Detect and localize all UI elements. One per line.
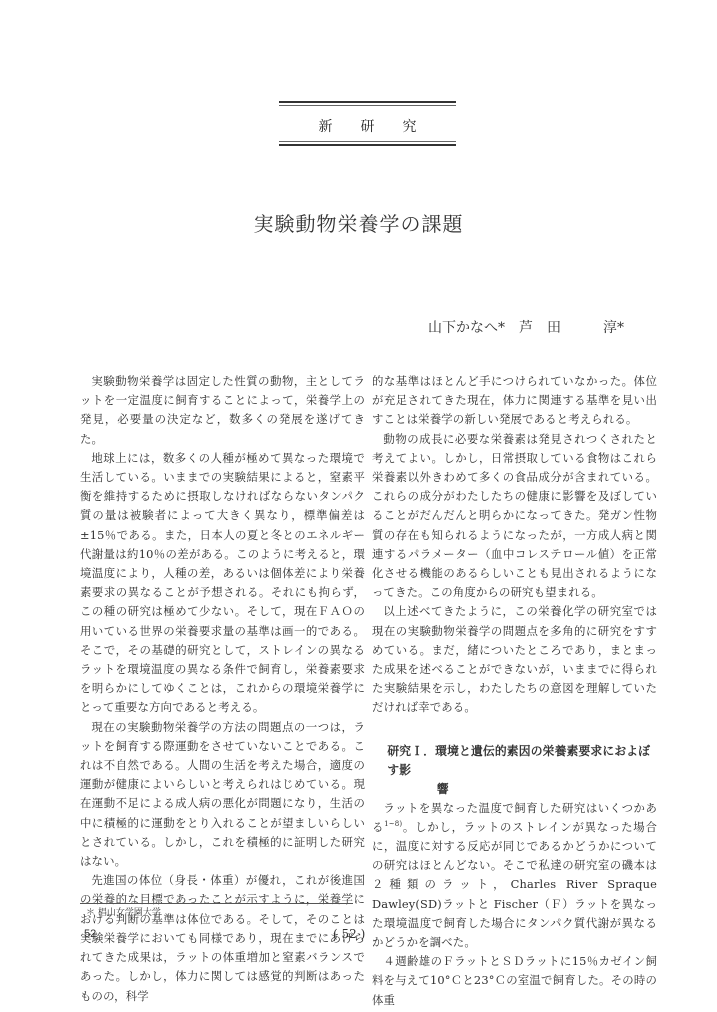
section-label: 新研究 [279,116,456,136]
section-heading: 研究Ｉ．環境と遺伝的素因の栄養素要求におよぼす影 響 [372,742,657,799]
section-header-box: 新研究 [279,101,456,146]
paragraph: 地球上には，数多くの人種が極めて異なった環境で生活している。いままでの実験結果に… [80,449,365,718]
section-heading-line1: 研究Ｉ．環境と遺伝的素因の栄養素要求におよぼす影 [387,744,650,777]
authors: 山下かなへ* 芦 田 淳* [428,317,624,337]
footnote-divider [80,903,353,904]
reference-citation: 1~8) [384,820,402,828]
page-number-center: ( 52 ) [333,927,365,941]
header-rule-top-thin [279,105,456,106]
paragraph: 以上述べてきたように，この栄養化学の研究室では現在の実験動物栄養学の問題点を多角… [372,602,657,717]
page-number: 52 [84,928,96,940]
section-heading-line2: 響 [387,780,657,799]
footnote-affiliation: ＊ 椙山女学園大学 [86,905,161,918]
right-column: 的な基準はほとんど手につけられていなかった。体位が充足されてきた現在，体力に関連… [372,372,657,1010]
header-rule-bottom-thin [279,141,456,142]
header-rule-bottom-thick [279,144,456,146]
paragraph: ４週齢雄のＦラットとＳＤラットに15％カゼイン飼料を与えて10°Ｃと23°Ｃの室… [372,952,657,1010]
paragraph: ラットを異なった温度で飼育した研究はいくつかある1~8)。しかし，ラットのストレ… [372,799,657,953]
paragraph: 現在の実験動物栄養学の方法の問題点の一つは，ラットを飼育する際運動をさせていない… [80,718,365,872]
paragraph: 的な基準はほとんど手につけられていなかった。体位が充足されてきた現在，体力に関連… [372,372,657,430]
paragraph: 動物の成長に必要な栄養素は発見されつくされたと考えてよい。しかし，日常摂取してい… [372,430,657,603]
paper-title: 実験動物栄養学の課題 [0,208,717,237]
header-rule-top-thick [279,101,456,103]
paragraph-text: 。しかし，ラットのストレインが異なった場合に，温度に対する反応が同じであるかどう… [372,820,657,949]
paragraph: 先進国の体位（身長・体重）が優れ，これが後進国の栄養的な目標であったことが示すよ… [80,871,365,1005]
paragraph: 実験動物栄養学は固定した性質の動物，主としてラットを一定温度に飼育することによっ… [80,372,365,449]
